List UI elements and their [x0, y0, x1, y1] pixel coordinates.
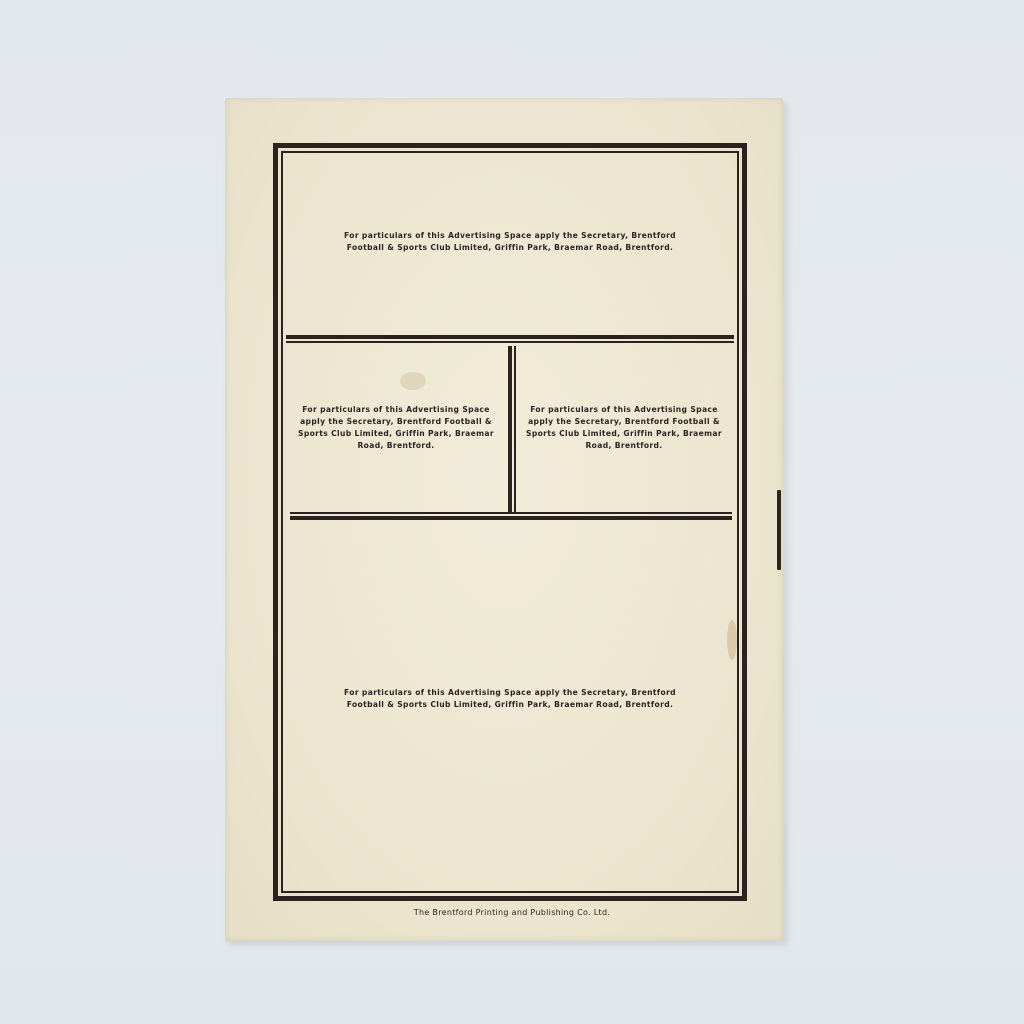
- ad-line: apply the Secretary, Brentford Football …: [520, 416, 728, 428]
- ad-line: For particulars of this Advertising Spac…: [330, 230, 690, 242]
- inner-border-frame: [281, 151, 739, 893]
- ad-line: For particulars of this Advertising Spac…: [330, 687, 690, 699]
- ad-space-middle-left: For particulars of this Advertising Spac…: [292, 404, 500, 452]
- ad-line: Sports Club Limited, Griffin Park, Braem…: [292, 428, 500, 440]
- ad-line: Road, Brentford.: [520, 440, 728, 452]
- divider-top-thin: [286, 341, 734, 343]
- ad-line: Sports Club Limited, Griffin Park, Braem…: [520, 428, 728, 440]
- ad-line: For particulars of this Advertising Spac…: [292, 404, 500, 416]
- divider-vertical-thin: [514, 346, 516, 512]
- divider-middle: [290, 516, 732, 520]
- ad-space-top: For particulars of this Advertising Spac…: [330, 230, 690, 254]
- ad-line: For particulars of this Advertising Spac…: [520, 404, 728, 416]
- divider-top: [286, 335, 734, 339]
- ad-space-bottom: For particulars of this Advertising Spac…: [330, 687, 690, 711]
- staple-spine-edge: [777, 490, 781, 570]
- printer-credit: The Brentford Printing and Publishing Co…: [340, 908, 684, 917]
- ad-line: Football & Sports Club Limited, Griffin …: [330, 242, 690, 254]
- divider-middle-thin: [290, 512, 732, 514]
- ad-line: Road, Brentford.: [292, 440, 500, 452]
- ad-line: Football & Sports Club Limited, Griffin …: [330, 699, 690, 711]
- divider-vertical: [508, 346, 512, 512]
- ad-line: apply the Secretary, Brentford Football …: [292, 416, 500, 428]
- ad-space-middle-right: For particulars of this Advertising Spac…: [520, 404, 728, 452]
